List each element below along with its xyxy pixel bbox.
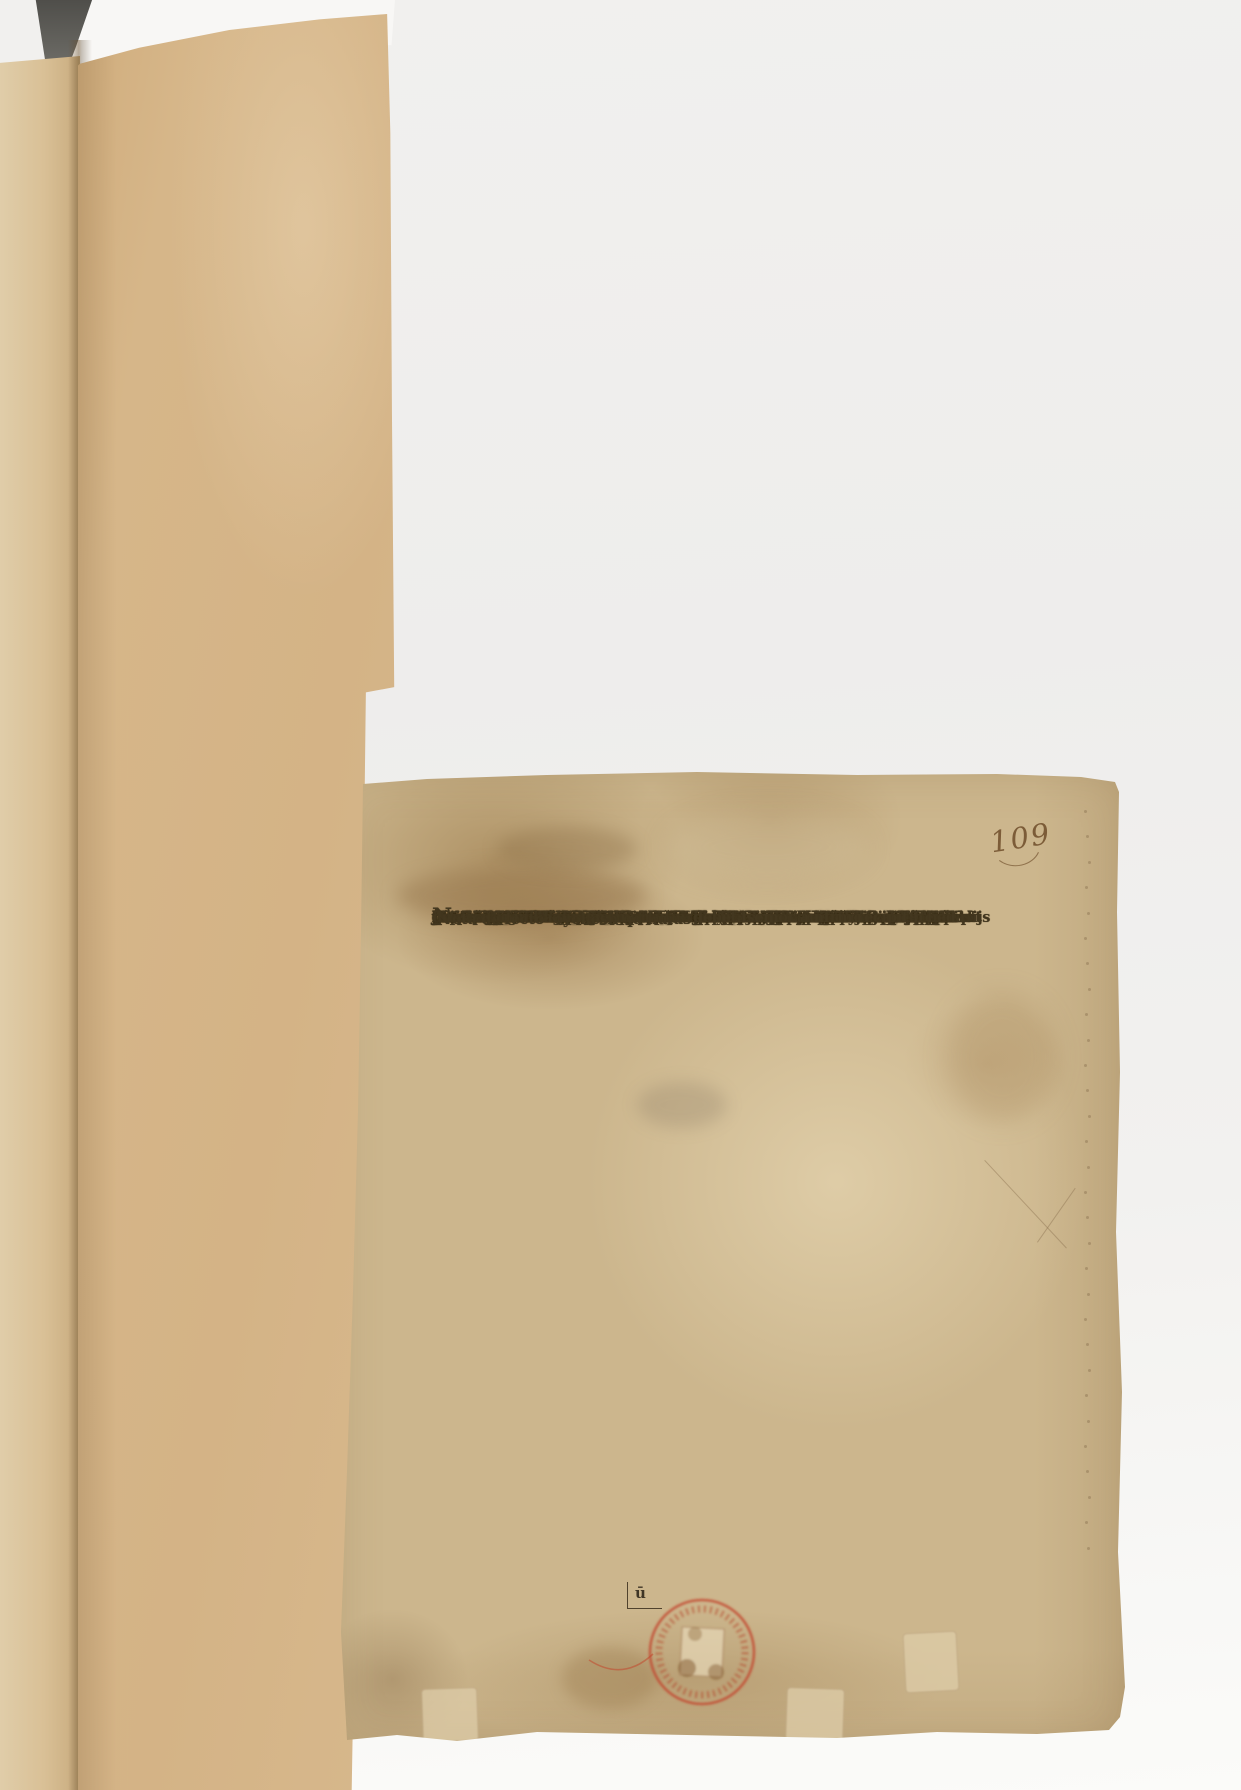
- pricking-hole: [1088, 1369, 1091, 1372]
- pricking-hole: [1087, 912, 1090, 915]
- pricking-hole: [1084, 1318, 1087, 1321]
- pricking-hole: [1088, 1242, 1091, 1245]
- repair-patch: [785, 1687, 845, 1743]
- pricking-hole: [1087, 1039, 1090, 1042]
- manuscript-line: duo bacaniā et altō vnum manutū: [432, 905, 697, 930]
- pricking-hole: [1087, 1293, 1090, 1296]
- pricking-hole: [1087, 1420, 1090, 1423]
- pricking-hole: [1088, 1496, 1091, 1499]
- stain-blob: [947, 992, 1057, 1122]
- stain-blob: [637, 1082, 727, 1128]
- manuscript-line: debēt· semor aū frm recipit p'bēdā: [693, 905, 965, 930]
- pricking-hole: [1084, 810, 1087, 813]
- repair-patch: [421, 1687, 479, 1743]
- pricking-hole: [1088, 988, 1091, 991]
- manuscript-photograph: terci attendant· Jt in oct pasce etpente…: [0, 0, 1241, 1790]
- parchment-leaf: terci attendant· Jt in oct pasce etpente…: [337, 772, 1129, 1747]
- pricking-hole: [1084, 1445, 1087, 1448]
- pricking-hole: [1087, 1547, 1090, 1550]
- pricking-hole: [1088, 1115, 1091, 1118]
- library-stamp: [583, 1596, 767, 1722]
- folio-number: 109: [988, 815, 1067, 885]
- pricking-hole: [1084, 1064, 1087, 1067]
- pricking-hole: [1084, 937, 1087, 940]
- stain-blob: [497, 827, 637, 871]
- pricking-hole: [1084, 1191, 1087, 1194]
- stain-blob: [667, 812, 867, 882]
- pricking-hole: [1088, 861, 1091, 864]
- repair-patch: [902, 1631, 959, 1694]
- pricking-hole: [1087, 1166, 1090, 1169]
